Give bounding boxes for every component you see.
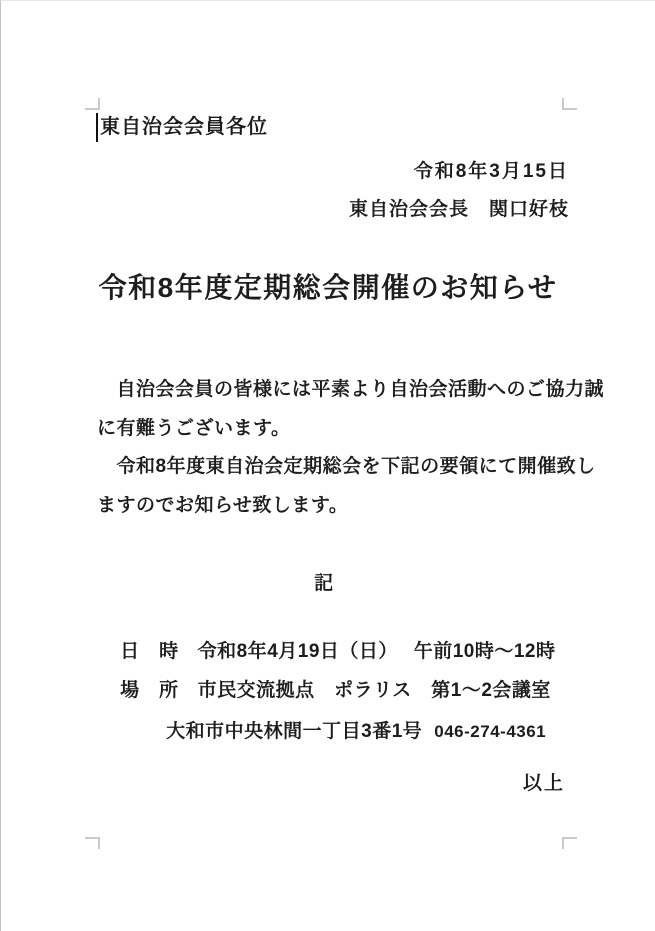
margin-mark-bottom-right [562, 837, 577, 849]
text-cursor [96, 113, 98, 142]
body-paragraph1-line2: に有難うございます。 [97, 416, 290, 442]
body-paragraph2-line1: 令和8年度東自治会定期総会を下記の要領にて開催致し [97, 454, 596, 480]
meeting-address-line: 大和市中央林間一丁目3番1号046-274-4361 [143, 693, 546, 771]
recipient-line: 東自治会会員各位 [100, 114, 268, 140]
document-page[interactable]: 東自治会会員各位 令和8年3月15日 東自治会会長 関口好枝 令和8年度定期総会… [0, 0, 655, 931]
body-paragraph2-line2: ますのでお知らせ致します。 [97, 493, 348, 519]
margin-mark-top-right [562, 98, 577, 110]
date-line: 令和8年3月15日 [414, 159, 569, 185]
closing-text: 以上 [523, 771, 565, 797]
margin-mark-bottom-left [85, 837, 100, 849]
address-text: 大和市中央林間一丁目3番1号 [166, 721, 422, 742]
phone-number: 046-274-4361 [434, 722, 546, 741]
margin-mark-top-left [85, 98, 100, 110]
sender-line: 東自治会会長 関口好枝 [349, 197, 569, 223]
body-paragraph1-line1: 自治会会員の皆様には平素より自治会活動へのご協力誠 [97, 377, 604, 403]
notice-heading: 記 [1, 571, 647, 597]
document-title: 令和8年度定期総会開催のお知らせ [1, 275, 655, 301]
